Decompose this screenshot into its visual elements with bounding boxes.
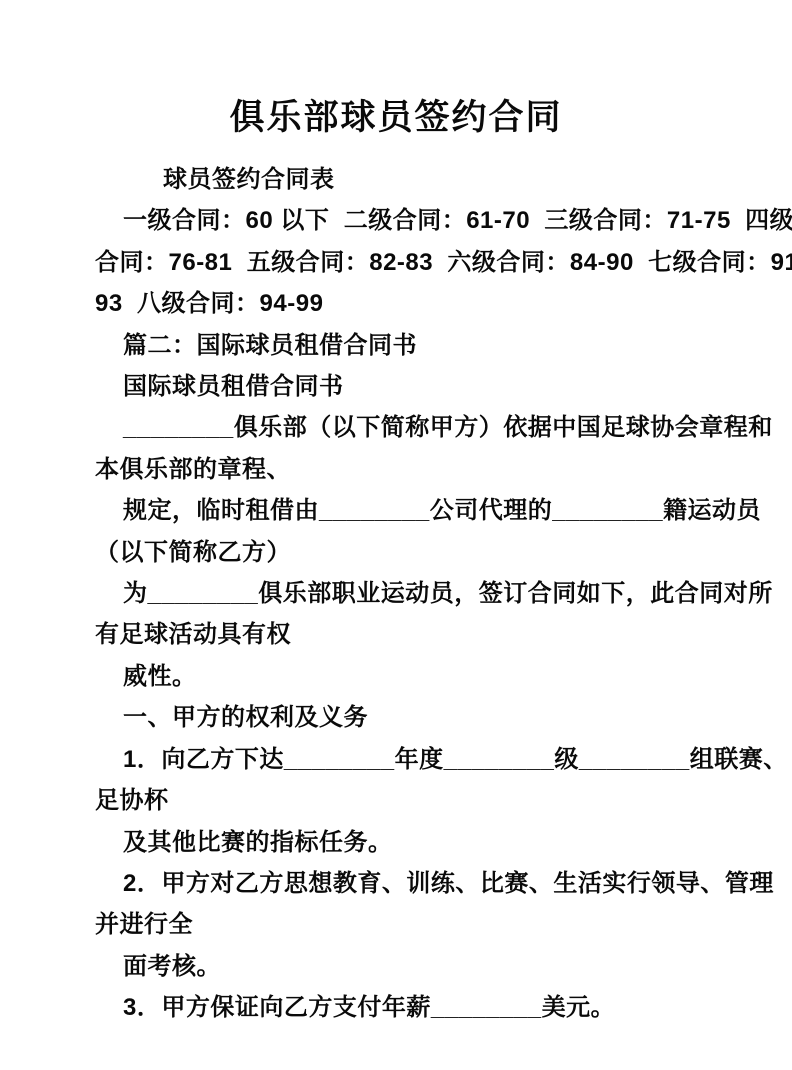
- document-line-item-2a: 2．甲方对乙方思想教育、训练、比赛、生活实行领导、管理: [95, 863, 697, 904]
- document-line-agreement-1: 为________俱乐部职业运动员，签订合同如下，此合同对所: [95, 573, 697, 614]
- document-line-contract-grades-2: 合同：76-81 五级合同：82-83 六级合同：84-90 七级合同：91-: [95, 242, 697, 283]
- document-subtitle: 球员签约合同表: [95, 159, 697, 200]
- document-line-item-1c: 及其他比赛的指标任务。: [95, 822, 697, 863]
- document-title: 俱乐部球员签约合同: [95, 94, 697, 142]
- document-line-agreement-2: 有足球活动具有权: [95, 614, 697, 655]
- document-line-item-2c: 面考核。: [95, 946, 697, 987]
- document-page: 俱乐部球员签约合同 球员签约合同表 一级合同：60 以下 二级合同：61-70 …: [0, 0, 792, 1070]
- document-line-agreement-3: 威性。: [95, 656, 697, 697]
- document-line-item-1b: 足协杯: [95, 780, 697, 821]
- document-line-party-b: （以下简称乙方）: [95, 532, 697, 573]
- document-content: 俱乐部球员签约合同 球员签约合同表 一级合同：60 以下 二级合同：61-70 …: [0, 0, 792, 1029]
- document-line-party-a-1: ________俱乐部（以下简称甲方）依据中国足球协会章程和: [95, 407, 697, 448]
- document-line-rights-heading: 一、甲方的权利及义务: [95, 697, 697, 738]
- document-line-item-1a: 1．向乙方下达________年度________级________组联赛、: [95, 739, 697, 780]
- document-line-section-heading: 篇二：国际球员租借合同书: [95, 325, 697, 366]
- document-line-party-a-2: 本俱乐部的章程、: [95, 449, 697, 490]
- document-line-loan-clause-1: 规定，临时租借由________公司代理的________籍运动员: [95, 490, 697, 531]
- document-line-section-title: 国际球员租借合同书: [95, 366, 697, 407]
- document-line-contract-grades-3: 93 八级合同：94-99: [95, 283, 697, 324]
- document-line-item-3: 3．甲方保证向乙方支付年薪________美元。: [95, 987, 697, 1028]
- document-line-contract-grades-1: 一级合同：60 以下 二级合同：61-70 三级合同：71-75 四级: [95, 200, 697, 241]
- document-line-item-2b: 并进行全: [95, 904, 697, 945]
